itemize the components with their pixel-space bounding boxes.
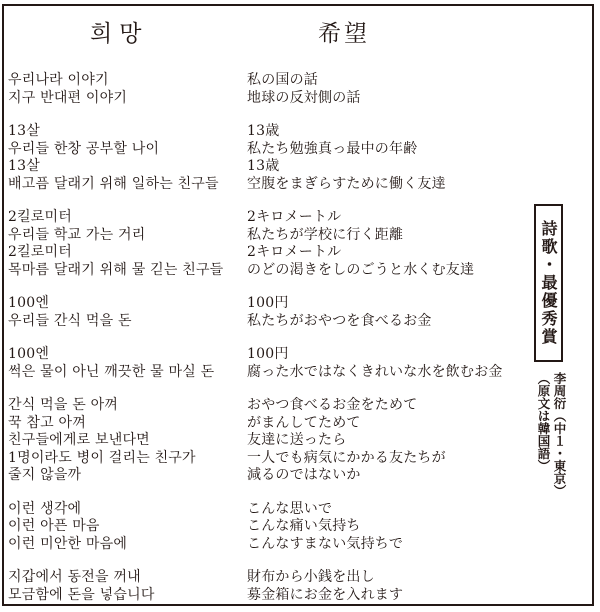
poem-line: 목마름 달래기 위해 물 긷는 친구들: [8, 262, 244, 280]
poem-line: 배고픔 달래기 위해 일하는 친구들: [8, 176, 244, 194]
poem-line: 모금함에 돈을 넣습니다: [8, 587, 244, 605]
poem-line: 100円: [247, 295, 527, 313]
poem-line: 지구 반대편 이야기: [8, 90, 244, 108]
poem-line: 우리들 한창 공부할 나이: [8, 141, 244, 159]
poem-title-japanese: 希望: [318, 18, 527, 50]
poem-line: 우리들 간식 먹을 돈: [8, 313, 244, 331]
poem-line: 지갑에서 동전을 꺼내: [8, 569, 244, 587]
original-language-note: （原文は韓国語）: [535, 372, 551, 522]
stanza: 13살우리들 한창 공부할 나이13살배고픔 달래기 위해 일하는 친구들: [8, 123, 244, 193]
japanese-column: 希望 私の国の話地球の反対側の話13歳私たち勉強真っ最中の年齢13歳空腹をまぎら…: [247, 18, 527, 612]
stanza: 100円私たちがおやつを食べるお金: [247, 295, 527, 330]
poem-line: 私の国の話: [247, 72, 527, 90]
poem-line: 募金箱にお金を入れます: [247, 587, 527, 605]
poem-line: がまんしてためて: [247, 415, 527, 433]
stanza: 13歳私たち勉強真っ最中の年齢13歳空腹をまぎらすために働く友達: [247, 123, 527, 193]
poem-line: 減るのではないか: [247, 467, 527, 485]
poem-line: 私たち勉強真っ最中の年齢: [247, 141, 527, 159]
poem-line: 우리나라 이야기: [8, 72, 244, 90]
poem-line: 私たちがおやつを食べるお金: [247, 313, 527, 331]
poem-line: 이런 아픈 마음: [8, 518, 244, 536]
stanza: 100엔우리들 간식 먹을 돈: [8, 295, 244, 330]
stanza: 이런 생각에이런 아픈 마음이런 미안한 마음에: [8, 501, 244, 554]
stanza: 私の国の話地球の反対側の話: [247, 72, 527, 107]
poem-line: 100엔: [8, 346, 244, 364]
stanza: おやつ食べるお金をためてがまんしてためて友達に送ったら一人でも病気にかかる友たち…: [247, 397, 527, 485]
author-attribution: 李周衍（中１・東京） （原文は韓国語）: [535, 372, 567, 522]
stanza: 간식 먹을 돈 아껴꾹 참고 아껴친구들에게로 보낸다면1명이라도 병이 걸리는…: [8, 397, 244, 485]
poem-line: 100円: [247, 346, 527, 364]
poem-line: 地球の反対側の話: [247, 90, 527, 108]
poem-line: 2킬로미터: [8, 244, 244, 262]
poem-line: 財布から小銭を出し: [247, 569, 527, 587]
poem-line: 13歳: [247, 123, 527, 141]
korean-column: 희망 우리나라 이야기지구 반대편 이야기13살우리들 한창 공부할 나이13살…: [8, 18, 244, 612]
japanese-stanzas: 私の国の話地球の反対側の話13歳私たち勉強真っ最中の年齢13歳空腹をまぎらすため…: [247, 72, 527, 604]
poem-line: 친구들에게로 보낸다면: [8, 432, 244, 450]
poem-line: 1명이라도 병이 걸리는 친구가: [8, 450, 244, 468]
poem-title-korean: 희망: [90, 18, 244, 50]
poem-line: こんな痛い気持ち: [247, 518, 527, 536]
poem-page: 희망 우리나라 이야기지구 반대편 이야기13살우리들 한창 공부할 나이13살…: [0, 0, 600, 612]
poem-line: 13歳: [247, 158, 527, 176]
stanza: 100円腐った水ではなくきれいな水を飲むお金: [247, 346, 527, 381]
poem-line: 2キロメートル: [247, 244, 527, 262]
stanza: 지갑에서 동전을 꺼내모금함에 돈을 넣습니다: [8, 569, 244, 604]
poem-line: 腐った水ではなくきれいな水を飲むお金: [247, 364, 527, 382]
stanza: 財布から小銭を出し募金箱にお金を入れます: [247, 569, 527, 604]
stanza: こんな思いでこんな痛い気持ちこんなすまない気持ちで: [247, 501, 527, 554]
poem-line: 이런 미안한 마음에: [8, 536, 244, 554]
poem-line: こんな思いで: [247, 501, 527, 519]
poem-line: 私たちが学校に行く距離: [247, 227, 527, 245]
stanza: 2킬로미터우리들 학교 가는 거리2킬로미터목마름 달래기 위해 물 긷는 친구…: [8, 209, 244, 279]
stanza: 100엔썩은 물이 아닌 깨끗한 물 마실 돈: [8, 346, 244, 381]
poem-line: 一人でも病気にかかる友たちが: [247, 450, 527, 468]
award-label-box: 詩歌・最優秀賞: [534, 204, 563, 362]
poem-line: 空腹をまぎらすために働く友達: [247, 176, 527, 194]
poem-line: 꾹 참고 아껴: [8, 415, 244, 433]
poem-line: 13살: [8, 158, 244, 176]
stanza: 2キロメートル私たちが学校に行く距離2キロメートルのどの渇きをしのごうと水くむ友…: [247, 209, 527, 279]
poem-line: のどの渇きをしのごうと水くむ友達: [247, 262, 527, 280]
poem-line: 13살: [8, 123, 244, 141]
poem-line: 간식 먹을 돈 아껴: [8, 397, 244, 415]
poem-line: 이런 생각에: [8, 501, 244, 519]
poem-line: 100엔: [8, 295, 244, 313]
poem-line: 2킬로미터: [8, 209, 244, 227]
award-label: 詩歌・最優秀賞: [537, 220, 560, 346]
poem-line: 썩은 물이 아닌 깨끗한 물 마실 돈: [8, 364, 244, 382]
poem-line: おやつ食べるお金をためて: [247, 397, 527, 415]
poem-line: こんなすまない気持ちで: [247, 536, 527, 554]
poem-line: 우리들 학교 가는 거리: [8, 227, 244, 245]
poem-line: 友達に送ったら: [247, 432, 527, 450]
stanza: 우리나라 이야기지구 반대편 이야기: [8, 72, 244, 107]
author-name: 李周衍（中１・東京）: [551, 372, 567, 522]
poem-line: 줄지 않을까: [8, 467, 244, 485]
poem-line: 2キロメートル: [247, 209, 527, 227]
korean-stanzas: 우리나라 이야기지구 반대편 이야기13살우리들 한창 공부할 나이13살배고픔…: [8, 72, 244, 604]
